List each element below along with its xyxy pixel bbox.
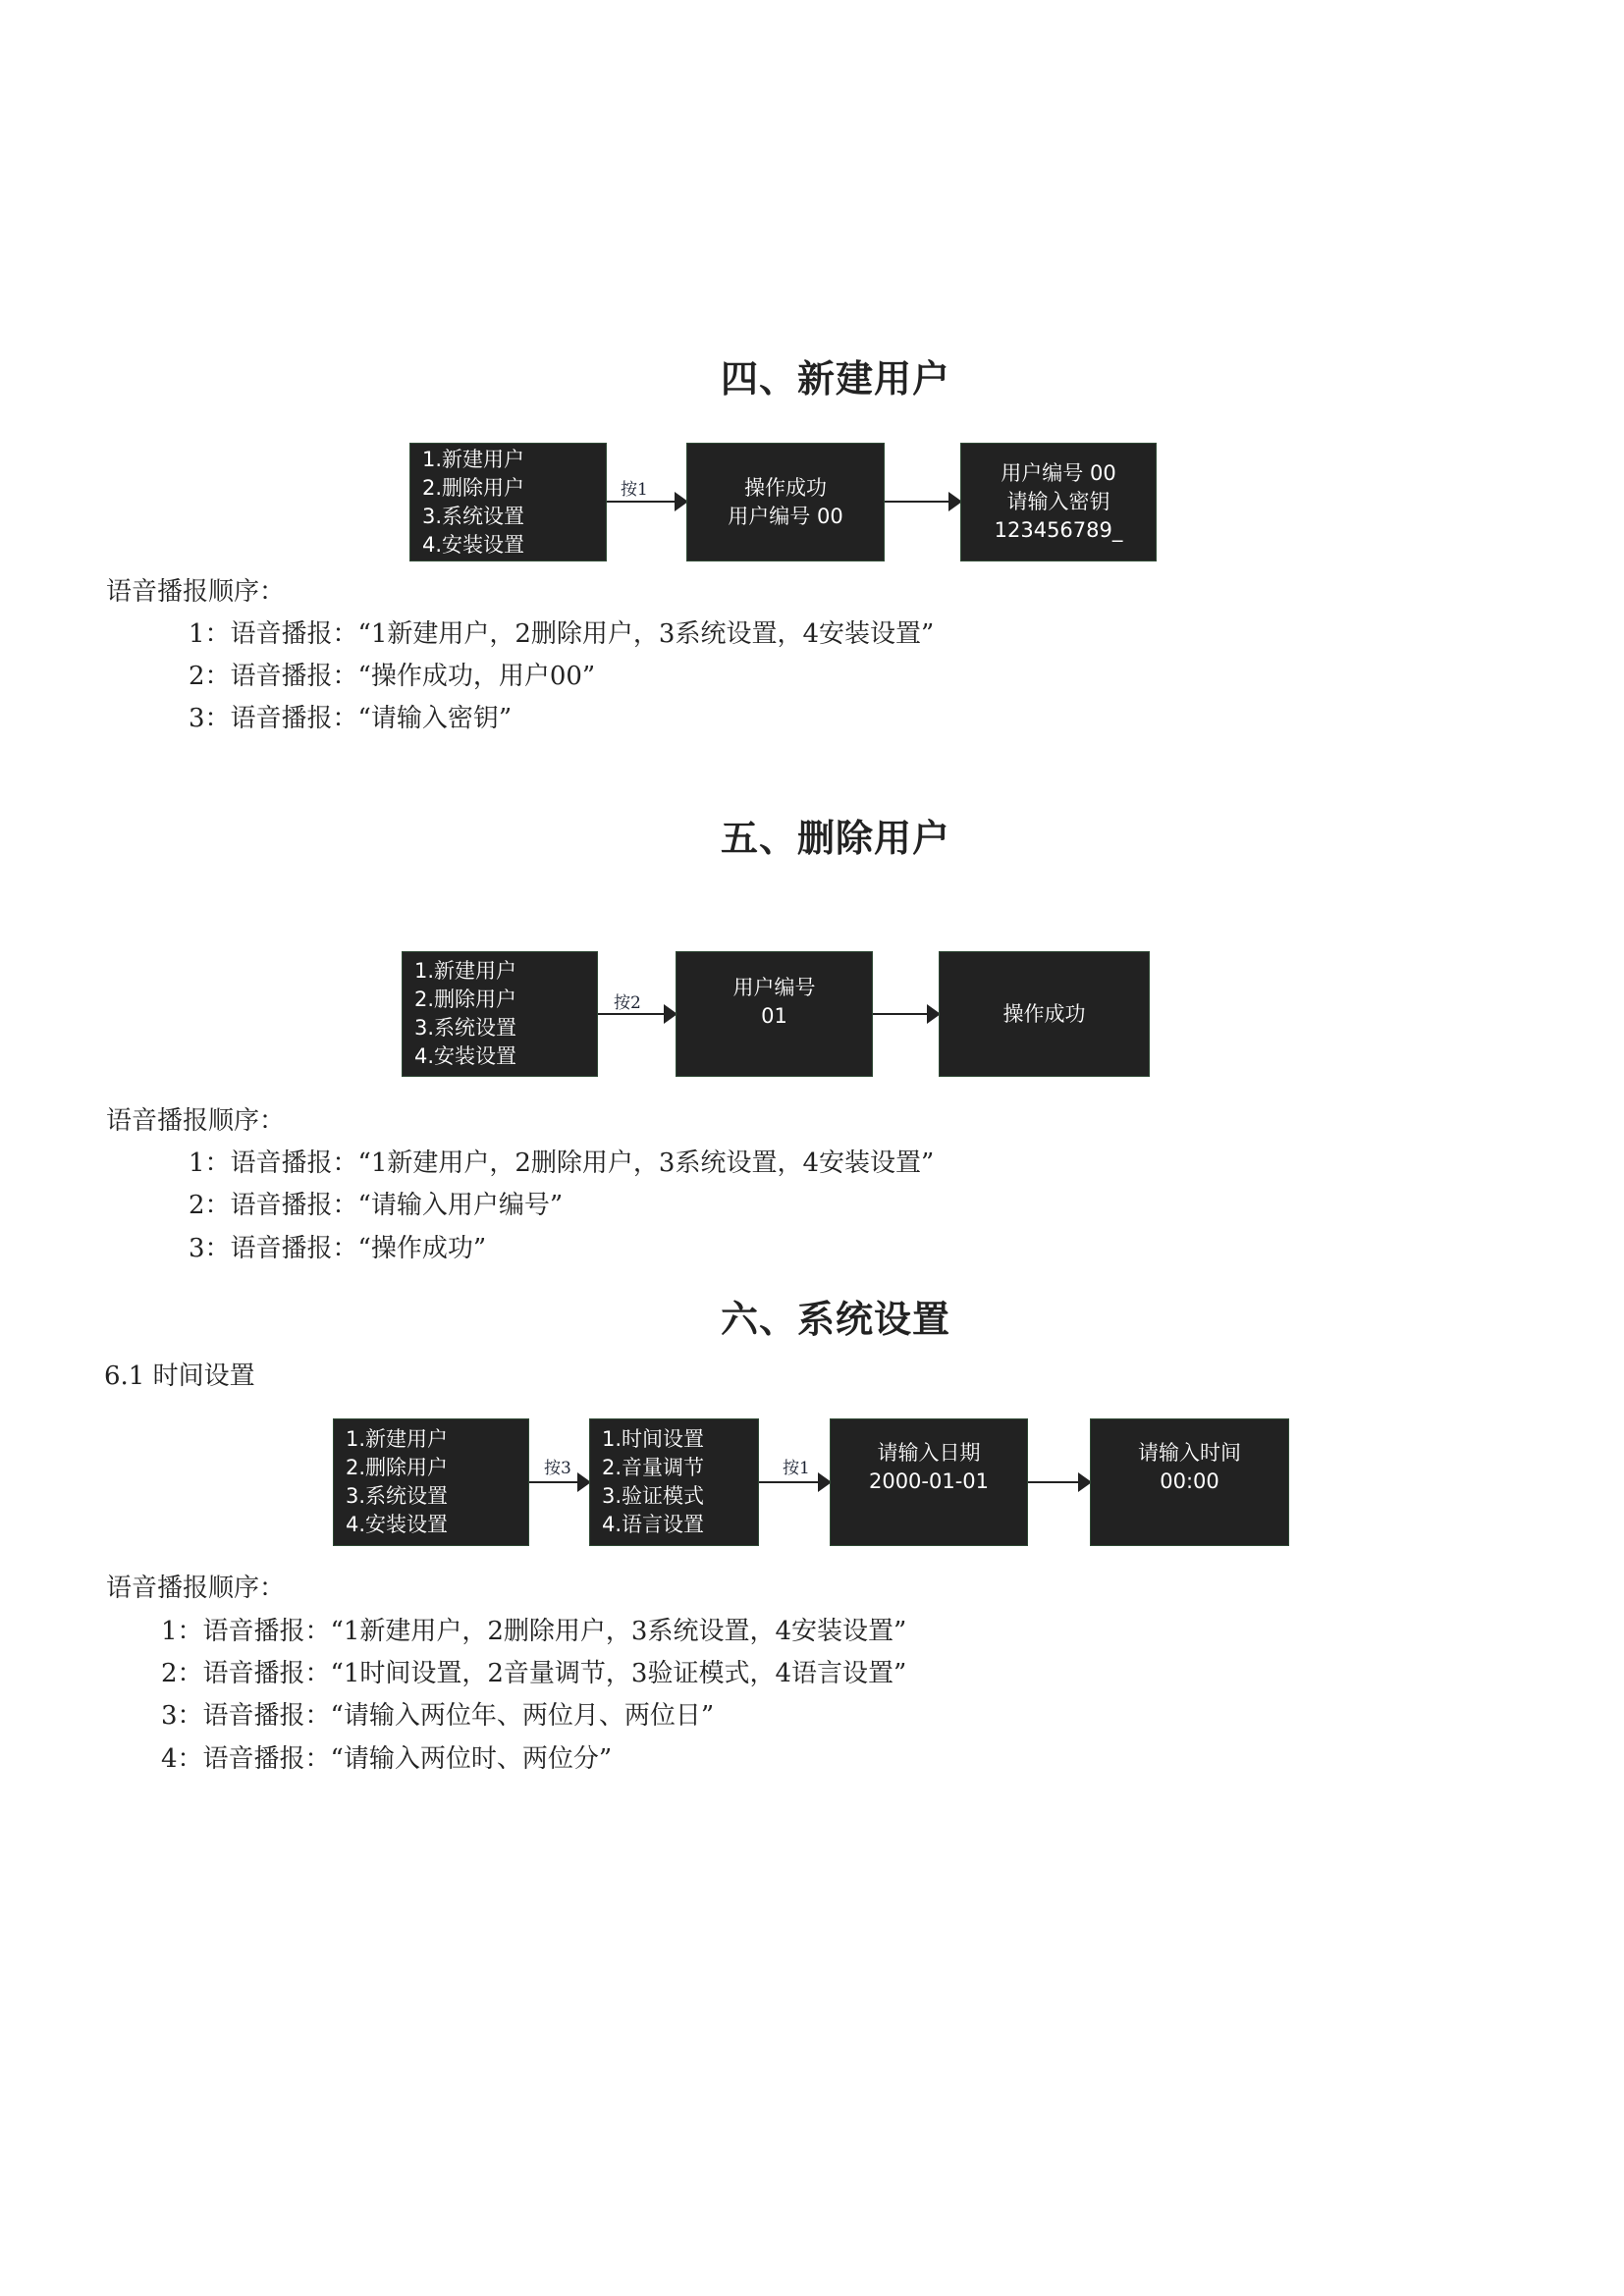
screen-main-menu: 1.新建用户 2.删除用户 3.系统设置 4.安装设置: [409, 443, 607, 561]
menu-item: 4.安装设置: [422, 531, 606, 560]
arrow-right-icon: [607, 501, 686, 503]
menu-item: 1.新建用户: [422, 446, 606, 474]
voice-line: 2：语音播报：“请输入用户编号”: [189, 1186, 563, 1225]
menu-item: 2.删除用户: [414, 986, 597, 1014]
screen-text: 操作成功: [1003, 1000, 1086, 1029]
screen-system-submenu: 1.时间设置 2.音量调节 3.验证模式 4.语言设置: [589, 1418, 759, 1546]
screen-user-number: 用户编号 01: [676, 951, 873, 1077]
screen-text: 123456789_: [995, 516, 1123, 545]
section-title-delete-user: 五、删除用户: [0, 809, 1624, 868]
voice-line: 3：语音播报：“操作成功”: [189, 1229, 486, 1268]
screen-text: 请输入时间: [1138, 1439, 1241, 1468]
voice-heading: 语音播报顺序：: [106, 572, 285, 612]
screen-enter-key: 用户编号 00 请输入密钥 123456789_: [960, 443, 1157, 561]
section-title-system-settings: 六、系统设置: [0, 1290, 1624, 1349]
menu-item: 2.删除用户: [422, 474, 606, 503]
screen-enter-time: 请输入时间 00:00: [1090, 1418, 1289, 1546]
voice-line: 3：语音播报：“请输入密钥”: [189, 699, 512, 738]
screen-text: 用户编号 00: [1001, 459, 1115, 488]
screen-main-menu: 1.新建用户 2.删除用户 3.系统设置 4.安装设置: [333, 1418, 529, 1546]
screen-text: 请输入密钥: [1007, 488, 1110, 516]
menu-item: 1.时间设置: [602, 1425, 758, 1454]
arrow-label: 按3: [544, 1454, 571, 1478]
screen-text: 2000-01-01: [869, 1468, 989, 1496]
screen-enter-date: 请输入日期 2000-01-01: [830, 1418, 1028, 1546]
screen-text: 用户编号: [733, 974, 816, 1002]
voice-line: 1：语音播报：“1新建用户，2删除用户，3系统设置，4安装设置”: [161, 1612, 906, 1651]
voice-line: 3：语音播报：“请输入两位年、两位月、两位日”: [161, 1696, 714, 1735]
section-title-new-user: 四、新建用户: [0, 349, 1624, 408]
screen-operation-success: 操作成功 用户编号 00: [686, 443, 885, 561]
voice-heading: 语音播报顺序：: [106, 1101, 285, 1141]
menu-item: 2.音量调节: [602, 1454, 758, 1482]
screen-main-menu: 1.新建用户 2.删除用户 3.系统设置 4.安装设置: [402, 951, 598, 1077]
voice-line: 2：语音播报：“1时间设置，2音量调节，3验证模式，4语言设置”: [161, 1654, 906, 1693]
menu-item: 2.删除用户: [346, 1454, 528, 1482]
menu-item: 1.新建用户: [346, 1425, 528, 1454]
screen-operation-success: 操作成功: [939, 951, 1150, 1077]
arrow-right-icon: [529, 1481, 589, 1483]
voice-line: 1：语音播报：“1新建用户，2删除用户，3系统设置，4安装设置”: [189, 1144, 934, 1183]
menu-item: 3.系统设置: [414, 1014, 597, 1042]
subsection-title-time-settings: 6.1 时间设置: [104, 1357, 255, 1396]
voice-line: 4：语音播报：“请输入两位时、两位分”: [161, 1739, 612, 1779]
arrow-right-icon: [759, 1481, 830, 1483]
screen-text: 用户编号 00: [728, 503, 842, 531]
voice-line: 2：语音播报：“操作成功，用户00”: [189, 657, 595, 696]
screen-text: 请输入日期: [878, 1439, 981, 1468]
arrow-right-icon: [598, 1013, 676, 1015]
menu-item: 4.安装设置: [414, 1042, 597, 1071]
arrow-right-icon: [885, 501, 960, 503]
arrow-label: 按1: [783, 1454, 810, 1478]
menu-item: 4.安装设置: [346, 1511, 528, 1539]
arrow-label: 按2: [614, 988, 641, 1013]
arrow-right-icon: [873, 1013, 939, 1015]
menu-item: 3.验证模式: [602, 1482, 758, 1511]
menu-item: 1.新建用户: [414, 957, 597, 986]
screen-text: 00:00: [1160, 1468, 1219, 1496]
menu-item: 4.语言设置: [602, 1511, 758, 1539]
voice-line: 1：语音播报：“1新建用户，2删除用户，3系统设置，4安装设置”: [189, 614, 934, 654]
screen-text: 操作成功: [744, 474, 827, 503]
arrow-right-icon: [1028, 1481, 1090, 1483]
menu-item: 3.系统设置: [422, 503, 606, 531]
menu-item: 3.系统设置: [346, 1482, 528, 1511]
arrow-label: 按1: [621, 475, 648, 500]
screen-text: 01: [761, 1002, 787, 1031]
voice-heading: 语音播报顺序：: [106, 1569, 285, 1608]
